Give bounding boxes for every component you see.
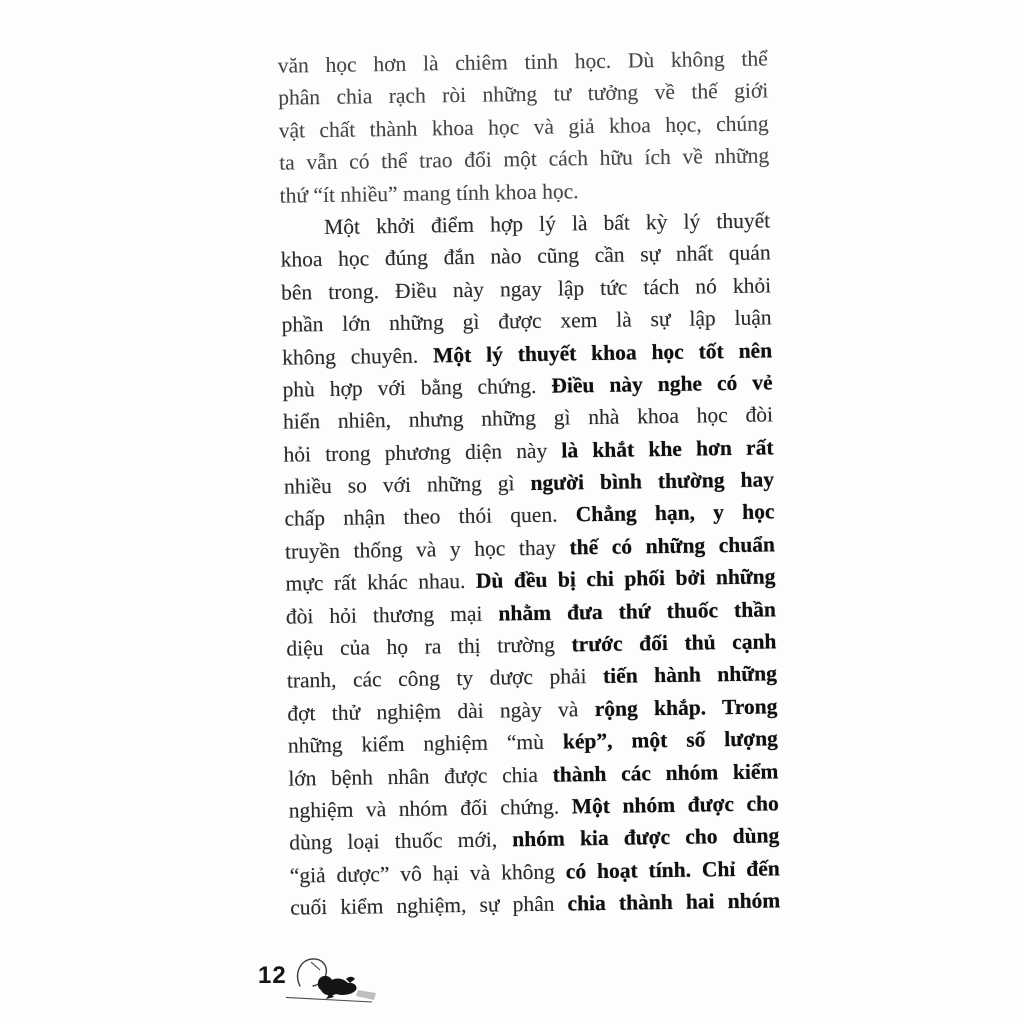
text-line: cuối kiểm nghiệm, sự phân chia thành hai… bbox=[290, 884, 780, 924]
text-segment: diệu của họ ra thị trường bbox=[286, 632, 571, 660]
bold-text-segment: Một lý thuyết khoa học tốt nên bbox=[433, 338, 772, 367]
text-segment: vật chất thành khoa học và giả khoa học,… bbox=[279, 111, 769, 142]
bold-text-segment: kép”, một số lượng bbox=[563, 727, 778, 754]
page-text: văn học hơn là chiêm tinh học. Dù không … bbox=[278, 42, 781, 924]
text-segment: phân chia rạch ròi những tư tưởng về thế… bbox=[278, 79, 768, 110]
page-footer: 12 bbox=[258, 952, 388, 1012]
text-segment: “giả dược” vô hại và không bbox=[290, 859, 566, 887]
bold-text-segment: rộng khắp. Trong bbox=[595, 694, 778, 721]
text-segment: hiển nhiên, nhưng những gì nhà khoa học … bbox=[283, 403, 773, 434]
bold-text-segment: Điều này nghe có vẻ bbox=[551, 370, 773, 397]
bold-text-segment: Dù đều bị chi phối bởi những bbox=[476, 565, 776, 593]
text-segment: phần lớn những gì được xem là sự lập luậ… bbox=[281, 306, 771, 337]
bold-text-segment: thành các nhóm kiểm bbox=[552, 759, 778, 786]
book-page: văn học hơn là chiêm tinh học. Dù không … bbox=[0, 0, 1024, 1024]
bold-text-segment: có hoạt tính. Chỉ đến bbox=[566, 856, 780, 883]
bold-text-segment: tiến hành những bbox=[603, 662, 777, 689]
bold-text-segment: trước đối thủ cạnh bbox=[571, 629, 776, 656]
text-segment: thứ “ít nhiều” mang tính khoa học. bbox=[280, 179, 579, 207]
text-segment: không chuyên. bbox=[282, 343, 433, 369]
text-segment: nghiệm và nhóm đối chứng. bbox=[289, 794, 572, 822]
text-segment: truyền thống và y học thay bbox=[285, 535, 570, 563]
text-segment: khoa học đúng đắn nào cũng cần sự nhất q… bbox=[280, 241, 770, 272]
text-segment: tranh, các công ty dược phải bbox=[287, 664, 603, 693]
text-segment: đợt thử nghiệm dài ngày và bbox=[287, 697, 595, 726]
text-segment: phù hợp với bằng chứng. bbox=[282, 374, 551, 402]
text-segment: Một khởi điểm hợp lý là bất kỳ lý thuyết bbox=[324, 208, 770, 239]
text-segment: văn học hơn là chiêm tinh học. Dù không … bbox=[278, 46, 768, 77]
text-segment: dùng loại thuốc mới, bbox=[289, 828, 512, 855]
reclining-figure-doodle-icon bbox=[286, 952, 386, 1015]
text-segment: những kiểm nghiệm “mù bbox=[288, 730, 563, 758]
page-number: 12 bbox=[258, 962, 287, 990]
text-segment: chấp nhận theo thói quen. bbox=[284, 503, 576, 531]
bold-text-segment: Chẳng hạn, y học bbox=[576, 500, 775, 527]
bold-text-segment: nhằm đưa thứ thuốc thần bbox=[498, 597, 776, 625]
text-segment: mực rất khác nhau. bbox=[285, 569, 476, 596]
bold-text-segment: nhóm kia được cho dùng bbox=[512, 824, 779, 852]
text-segment: lớn bệnh nhân được chia bbox=[288, 762, 553, 790]
text-segment: cuối kiểm nghiệm, sự phân bbox=[290, 892, 568, 920]
bold-text-segment: là khắt khe hơn rất bbox=[561, 435, 773, 462]
bold-text-segment: chia thành hai nhóm bbox=[567, 888, 780, 915]
bold-text-segment: Một nhóm được cho bbox=[572, 791, 779, 818]
text-segment: hỏi trong phương diện này bbox=[283, 438, 561, 466]
text-segment: nhiều so với những gì bbox=[284, 471, 531, 499]
text-segment: ta vẫn có thể trao đổi một cách hữu ích … bbox=[279, 144, 769, 175]
bold-text-segment: thế có những chuẩn bbox=[569, 532, 775, 559]
text-segment: đòi hỏi thương mại bbox=[286, 601, 499, 628]
text-segment: bên trong. Điều này ngay lập tức tách nó… bbox=[281, 273, 771, 304]
bold-text-segment: người bình thường hay bbox=[530, 467, 774, 495]
